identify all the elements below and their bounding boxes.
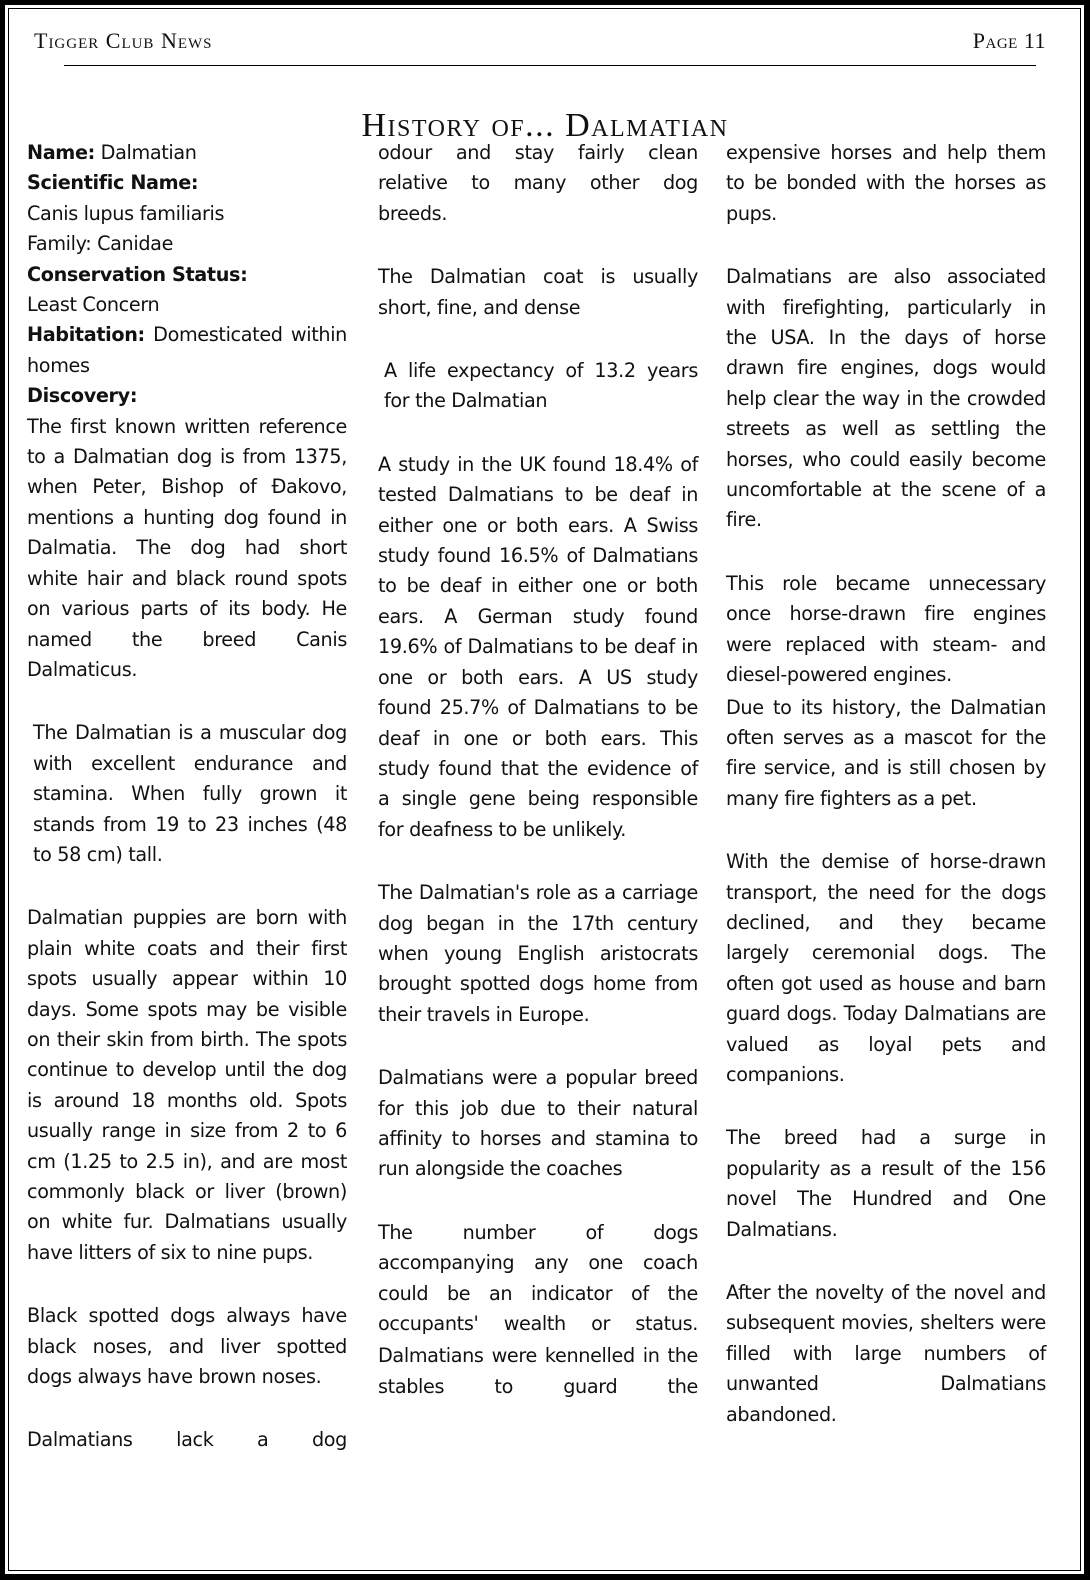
- fact-discovery-label-text: Discovery:: [27, 384, 137, 407]
- paragraph-firefighting: Dalmatians are also associated with fire…: [726, 262, 1046, 536]
- fact-conservation-label-text: Conservation Status:: [27, 263, 247, 286]
- paragraph-kennelled-end: expensive horses and help them to be bon…: [726, 138, 1046, 229]
- paragraph-deafness: A study in the UK found 18.4% of tested …: [378, 450, 698, 845]
- fact-scientific-name-label: Scientific Name:: [27, 168, 347, 198]
- fact-family: Family: Canidae: [27, 229, 347, 259]
- paragraph-role-unnecessary: This role became unnecessary once horse-…: [726, 569, 1046, 691]
- header-divider: [64, 65, 1036, 66]
- paragraph-carriage-dog: The Dalmatian's role as a carriage dog b…: [378, 878, 698, 1030]
- page-number: Page 11: [973, 28, 1046, 54]
- paragraph-kennelled-start: Dalmatians were kennelled in the stables…: [378, 1341, 698, 1402]
- fact-scientific-name-value: Canis lupus familiaris: [27, 199, 347, 229]
- paragraph-coat: The Dalmatian coat is usually short, fin…: [378, 262, 698, 323]
- paragraph-puppies: Dalmatian puppies are born with plain wh…: [27, 903, 347, 1268]
- paragraph-noses: Black spotted dogs always have black nos…: [27, 1301, 347, 1392]
- column-1: Name: Dalmatian Scientific Name: Canis l…: [27, 138, 347, 1456]
- column-2: odour and stay fairly clean relative to …: [378, 138, 698, 1402]
- publication-name: Tigger Club News: [34, 28, 213, 54]
- paragraph-abandoned: After the novelty of the novel and subse…: [726, 1278, 1046, 1430]
- fact-conservation-label: Conservation Status:: [27, 260, 347, 290]
- fact-name: Name: Dalmatian: [27, 138, 347, 168]
- paragraph-wealth-indicator: The number of dogs accompanying any one …: [378, 1218, 698, 1340]
- paragraph-ceremonial: With the demise of horse-drawn transport…: [726, 847, 1046, 1090]
- fact-name-value: Dalmatian: [95, 141, 197, 164]
- fact-habitation: Habitation: Domesticated within homes: [27, 320, 347, 381]
- paragraph-life-expectancy: A life expectancy of 13.2 years for the …: [378, 356, 698, 417]
- paragraph-discovery: The first known written reference to a D…: [27, 412, 347, 686]
- column-3: expensive horses and help them to be bon…: [726, 138, 1046, 1463]
- paragraph-build: The Dalmatian is a muscular dog with exc…: [27, 718, 347, 870]
- paragraph-horse-affinity: Dalmatians were a popular breed for this…: [378, 1063, 698, 1185]
- fact-scientific-name-label-text: Scientific Name:: [27, 171, 198, 194]
- paragraph-odour-end: odour and stay fairly clean relative to …: [378, 138, 698, 229]
- fact-name-label: Name:: [27, 141, 95, 164]
- fact-habitation-label: Habitation:: [27, 323, 145, 346]
- paragraph-odour-start: Dalmatians lack a dog: [27, 1425, 347, 1455]
- paragraph-mascot: Due to its history, the Dalmatian often …: [726, 693, 1046, 815]
- paragraph-popularity-surge: The breed had a surge in popularity as a…: [726, 1123, 1046, 1245]
- fact-discovery-label: Discovery:: [27, 381, 347, 411]
- fact-conservation-value: Least Concern: [27, 290, 347, 320]
